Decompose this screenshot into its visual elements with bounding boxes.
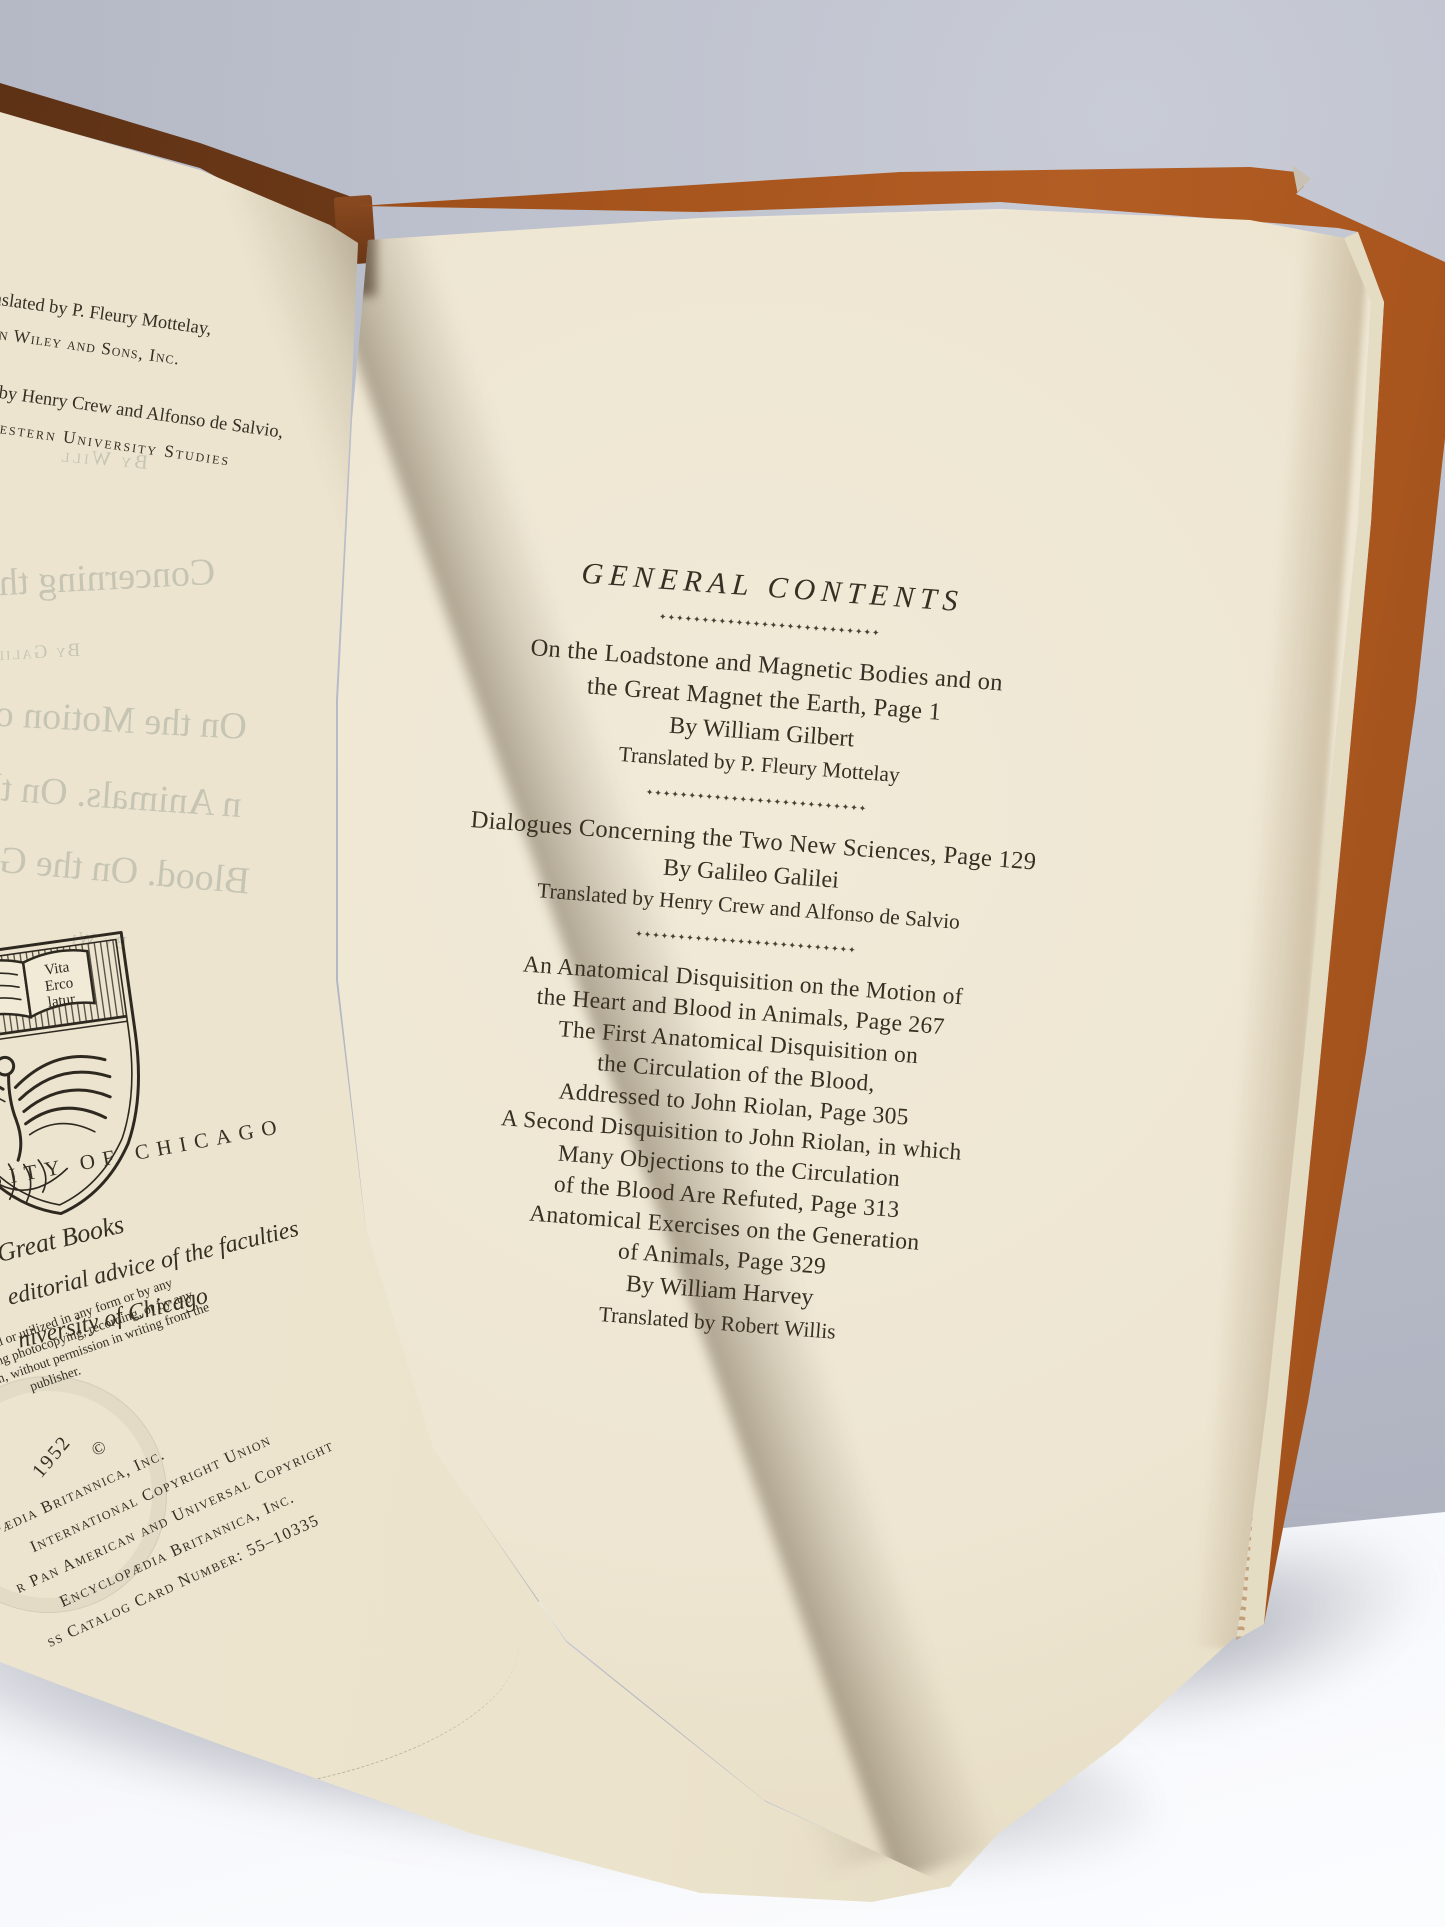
book-photo: anslated by P. Fleury Mottelay, ohn Wile… xyxy=(0,0,1445,1927)
show-through-text: By Galil xyxy=(0,640,81,666)
